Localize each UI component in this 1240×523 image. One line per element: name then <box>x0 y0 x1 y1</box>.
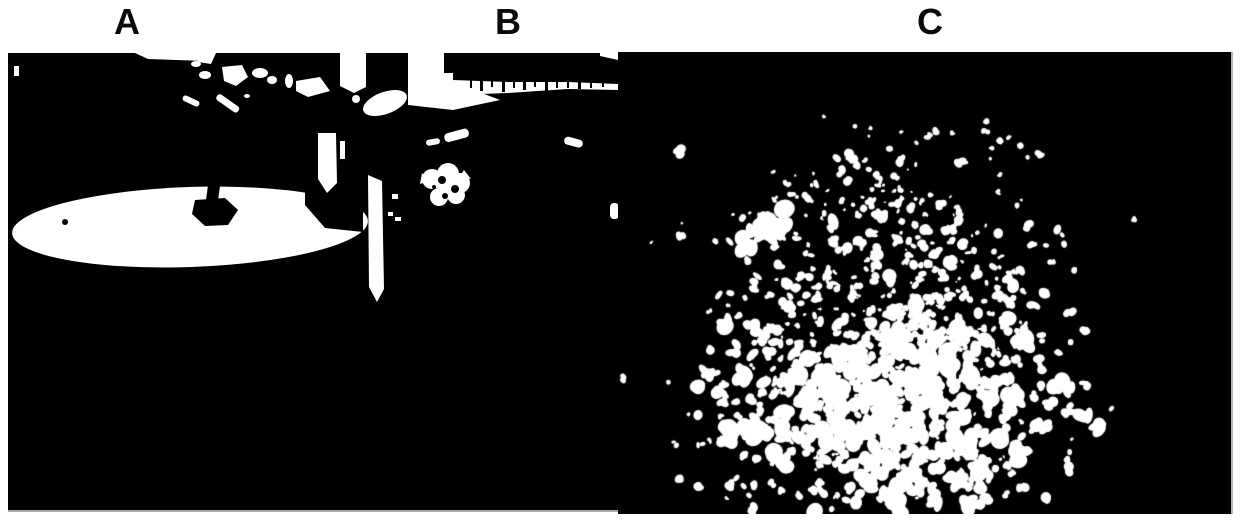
panel-label-c: C <box>917 2 943 42</box>
three-panel-figure: A B C <box>0 0 1240 523</box>
micrograph-speckle-canvas <box>618 52 1231 514</box>
vertical-highlight-strip-2 <box>368 175 384 302</box>
photo-ab-graphic <box>8 53 618 510</box>
panel-label-b: B <box>495 2 521 42</box>
panel-label-a: A <box>114 2 140 42</box>
photo-panel-ab <box>8 53 618 512</box>
photo-gap-column <box>340 53 366 93</box>
photo-panel-c <box>618 52 1233 514</box>
